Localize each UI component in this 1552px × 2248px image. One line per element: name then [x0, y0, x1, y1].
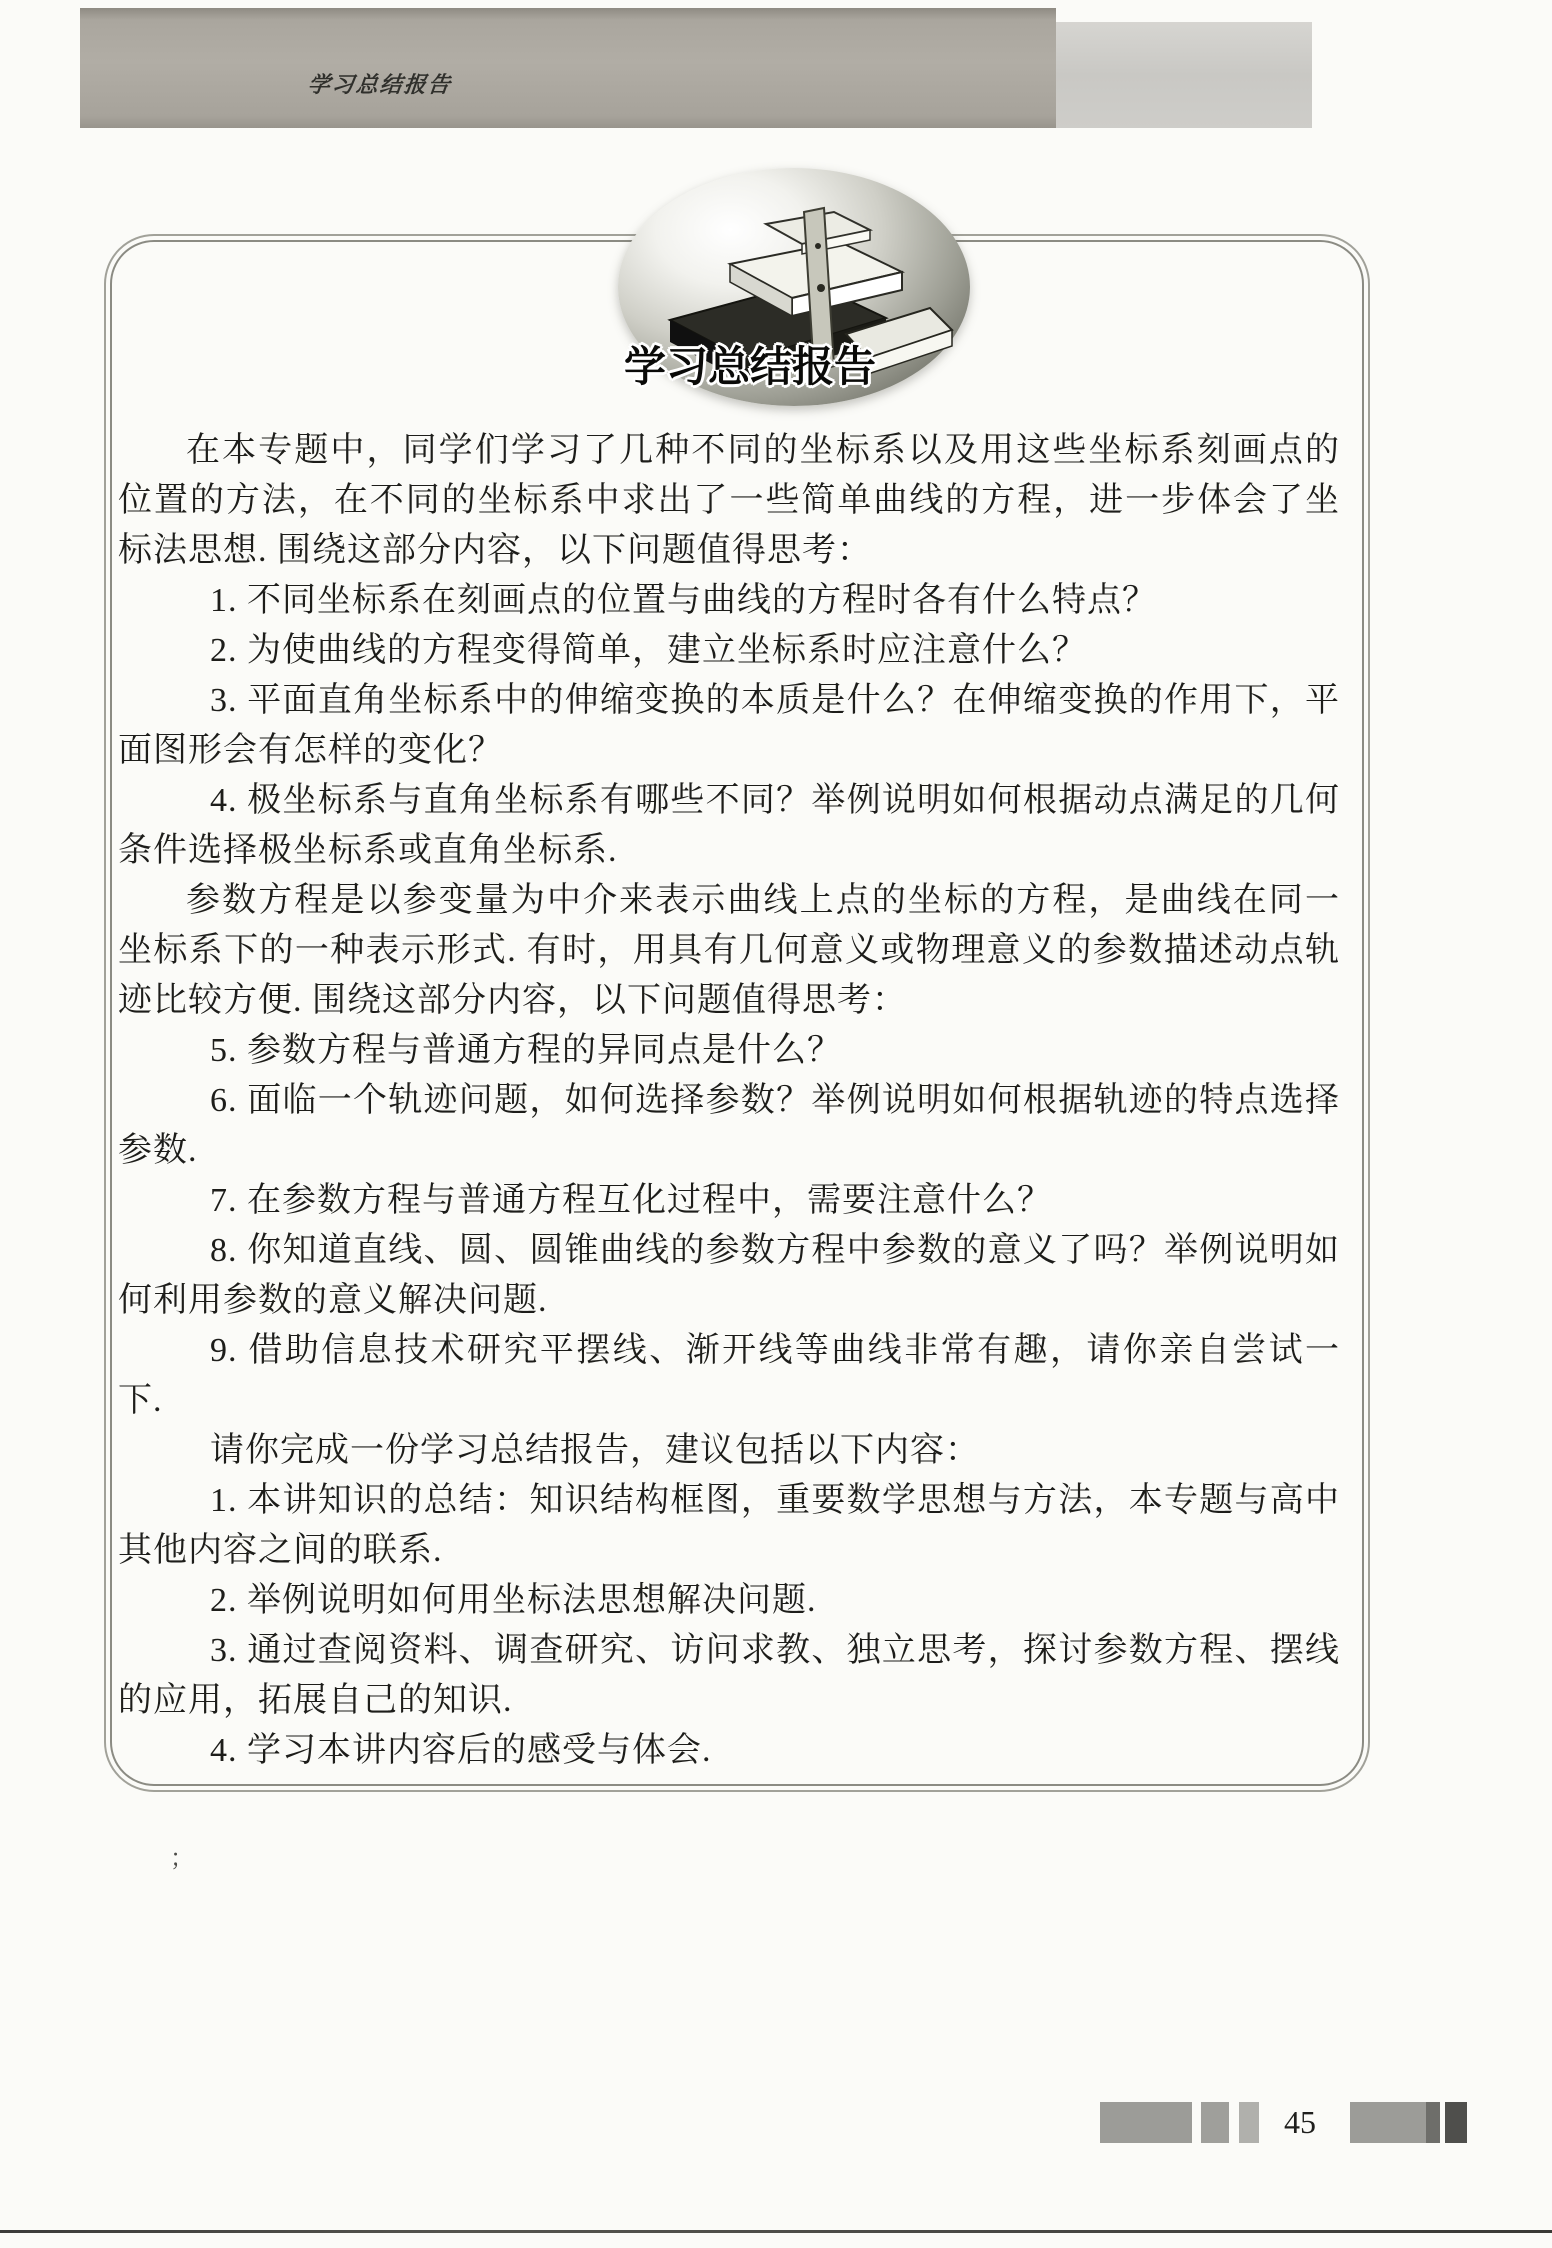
footer-decoration-block: [1100, 2102, 1192, 2143]
footer-decoration-block: [1350, 2102, 1426, 2143]
report-paragraph: 参数方程是以参变量为中介来表示曲线上点的坐标的方程，是曲线在同一坐标系下的一种表…: [118, 876, 1340, 1026]
header-bar-dark: [80, 8, 1056, 128]
textbook-page: 学习总结报告 学习总结报告 在本专题中，同学们学习了几种不同的: [0, 0, 1552, 2248]
footer-decoration-block: [1201, 2102, 1229, 2143]
report-paragraph: 请你完成一份学习总结报告，建议包括以下内容：: [118, 1426, 1340, 1476]
report-paragraph: 3. 平面直角坐标系中的伸缩变换的本质是什么？在伸缩变换的作用下，平面图形会有怎…: [118, 676, 1340, 776]
stray-mark: ；: [170, 1838, 194, 1873]
bottom-rule: [0, 2230, 1552, 2233]
badge-title: 学习总结报告: [590, 334, 910, 394]
report-paragraph: 5. 参数方程与普通方程的异同点是什么？: [118, 1026, 1340, 1076]
report-paragraph: 6. 面临一个轨迹问题，如何选择参数？举例说明如何根据轨迹的特点选择参数.: [118, 1076, 1340, 1176]
report-paragraph: 1. 不同坐标系在刻画点的位置与曲线的方程时各有什么特点？: [118, 576, 1340, 626]
report-paragraph: 4. 极坐标系与直角坐标系有哪些不同？举例说明如何根据动点满足的几何条件选择极坐…: [118, 776, 1340, 876]
footer-decoration-block: [1426, 2102, 1440, 2143]
page-number: 45: [1262, 2100, 1338, 2144]
report-paragraph: 2. 为使曲线的方程变得简单，建立坐标系时应注意什么？: [118, 626, 1340, 676]
report-paragraph: 3. 通过查阅资料、调查研究、访问求教、独立思考，探讨参数方程、摆线的应用，拓展…: [118, 1626, 1340, 1726]
report-paragraph: 在本专题中，同学们学习了几种不同的坐标系以及用这些坐标系刻画点的位置的方法，在不…: [118, 426, 1340, 576]
running-head-title: 学习总结报告: [268, 68, 491, 99]
report-paragraph: 7. 在参数方程与普通方程互化过程中，需要注意什么？: [118, 1176, 1340, 1226]
report-paragraph: 1. 本讲知识的总结：知识结构框图，重要数学思想与方法，本专题与高中其他内容之间…: [118, 1476, 1340, 1576]
header-bar-light: [1056, 22, 1312, 128]
report-paragraph: 8. 你知道直线、圆、圆锥曲线的参数方程中参数的意义了吗？举例说明如何利用参数的…: [118, 1226, 1340, 1326]
report-paragraph: 9. 借助信息技术研究平摆线、渐开线等曲线非常有趣，请你亲自尝试一下.: [118, 1326, 1340, 1426]
report-paragraph: 2. 举例说明如何用坐标法思想解决问题.: [118, 1576, 1340, 1626]
footer-decoration-block: [1239, 2102, 1259, 2143]
footer-decoration-block: [1445, 2102, 1467, 2143]
report-paragraph: 4. 学习本讲内容后的感受与体会.: [118, 1726, 1340, 1776]
report-body: 在本专题中，同学们学习了几种不同的坐标系以及用这些坐标系刻画点的位置的方法，在不…: [118, 426, 1340, 1776]
